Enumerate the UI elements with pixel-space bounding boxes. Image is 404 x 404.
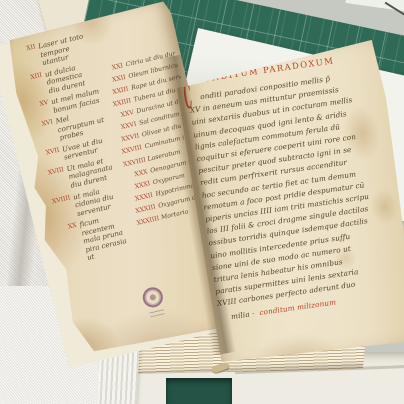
chapter-numeral: XXIIII bbox=[109, 97, 135, 110]
chapter-numeral: XVI bbox=[31, 118, 57, 131]
chapter-numeral: XXX bbox=[125, 167, 151, 180]
recipe-text: onditi paradoxi conpositio mellis p̄ XV … bbox=[187, 66, 404, 310]
chapter-title: ficum recentem mala pruna pira cerasia u… bbox=[79, 210, 136, 263]
chapter-numeral: XXVII bbox=[117, 132, 143, 145]
chapter-numeral: XXVI bbox=[114, 120, 140, 133]
chapter-numeral: XXII bbox=[103, 73, 129, 86]
chapter-numeral: XII bbox=[13, 43, 39, 56]
chapter-numeral: XXVIII bbox=[120, 144, 146, 157]
chapter-numeral: XVIIII bbox=[48, 193, 74, 206]
chapter-numeral: XXXIIII bbox=[136, 214, 162, 227]
table-edge-strip bbox=[345, 0, 404, 13]
chapter-numeral: XXIII bbox=[106, 85, 132, 98]
chapter-numeral: XVIII bbox=[42, 165, 68, 178]
photo-manuscript-on-table: XII Laser ut toto tempore utantur XIII u… bbox=[0, 0, 404, 404]
chapter-numeral: XXXI bbox=[128, 179, 154, 192]
pencil-inscription bbox=[149, 309, 165, 319]
chapter-numeral: XXVIIII bbox=[122, 156, 148, 169]
chapter-numeral: XXV bbox=[112, 109, 138, 122]
chapter-numeral: XXXIII bbox=[133, 203, 159, 216]
chapter-numeral: XXI bbox=[101, 62, 127, 75]
chapter-numeral: XX bbox=[54, 221, 80, 234]
chapter-numeral: XIII bbox=[20, 71, 46, 84]
closing-word: milia · bbox=[230, 308, 255, 323]
library-stamp bbox=[142, 287, 163, 308]
mat-gap bbox=[166, 378, 232, 404]
chapter-numeral: XVII bbox=[37, 146, 63, 159]
chapter-numeral: XXXII bbox=[131, 191, 157, 204]
chapter-numeral: XV bbox=[26, 98, 52, 111]
